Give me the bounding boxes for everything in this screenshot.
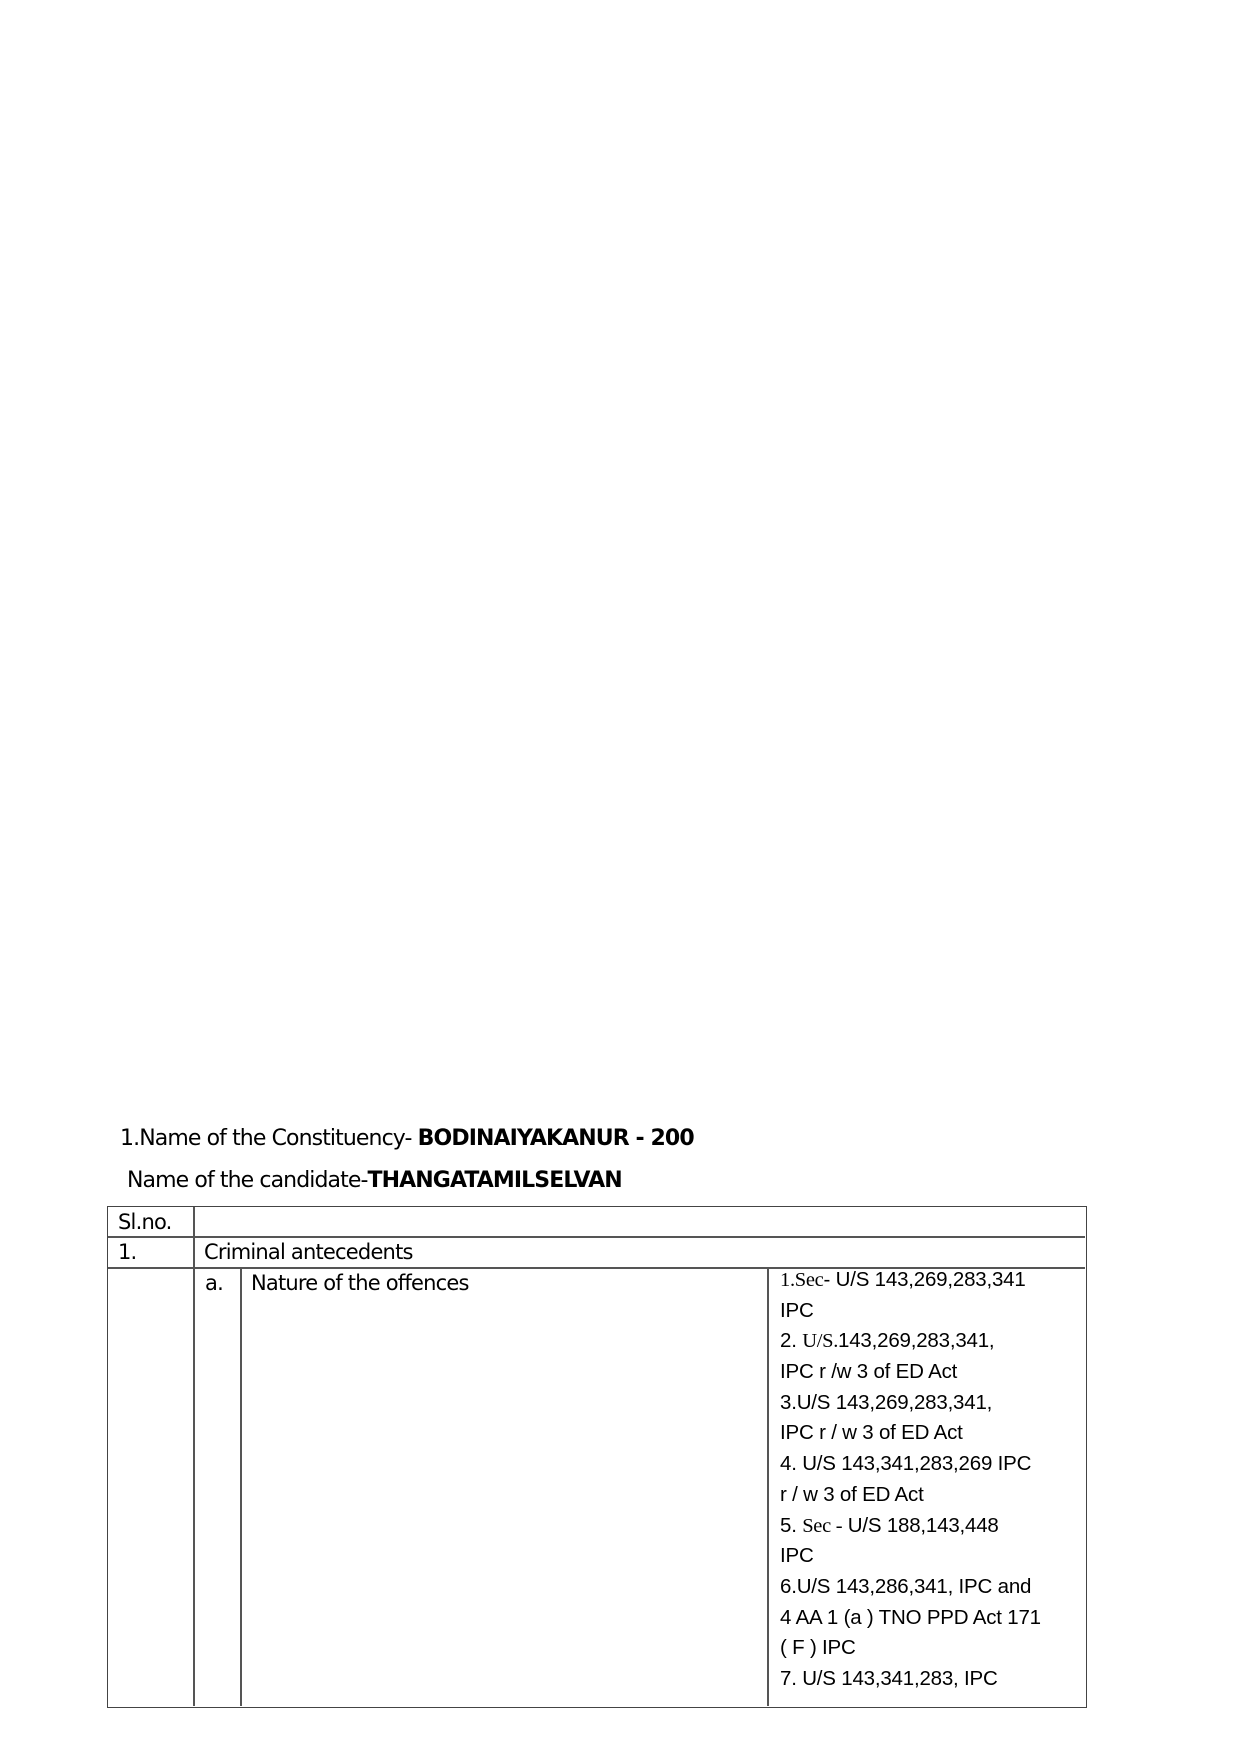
candidate-heading: Name of the candidate-THANGATAMILSELVAN [127, 1167, 622, 1195]
offence-line: 4. U/S 143,341,283,269 IPC [780, 1449, 1080, 1480]
offence-text: 6.U/S 143,286,341, IPC and [780, 1575, 1031, 1598]
offence-line: 2. U/S.143,269,283,341, [780, 1326, 1080, 1357]
section-title: Criminal antecedents [204, 1237, 413, 1267]
offence-text: IPC [780, 1544, 814, 1567]
offence-line: 7. U/S 143,341,283, IPC [780, 1664, 1080, 1695]
candidate-label: Name of the candidate- [127, 1168, 368, 1193]
column-divider [767, 1267, 769, 1706]
offence-text: 5. [780, 1514, 802, 1537]
offence-text-serif: U/S. [802, 1330, 838, 1352]
candidate-value: THANGATAMILSELVAN [368, 1168, 622, 1193]
constituency-label: 1.Name of the Constituency- [120, 1126, 418, 1151]
document-page: 1.Name of the Constituency- BODINAIYAKAN… [0, 0, 1241, 1755]
offence-text: 3.U/S 143,269,283,341, [780, 1391, 992, 1414]
criminal-antecedents-table: Sl.no. 1. Criminal antecedents a. Nature… [107, 1206, 1087, 1708]
offence-text: - U/S 143,269,283,341 [823, 1268, 1025, 1291]
constituency-value: BODINAIYAKANUR - 200 [418, 1126, 694, 1151]
column-divider [193, 1207, 195, 1706]
section-slno: 1. [118, 1237, 136, 1267]
offence-text: r / w 3 of ED Act [780, 1483, 924, 1506]
offence-line: ( F ) IPC [780, 1633, 1080, 1664]
offence-text: 4 AA 1 (a ) TNO PPD Act 171 [780, 1606, 1041, 1629]
offence-text: 4. U/S 143,341,283,269 IPC [780, 1452, 1031, 1475]
offence-text: ( F ) IPC [780, 1636, 856, 1659]
offences-list: 1.Sec- U/S 143,269,283,341IPC2. U/S.143,… [780, 1265, 1080, 1695]
offence-line: IPC [780, 1541, 1080, 1572]
offence-line: IPC r / w 3 of ED Act [780, 1418, 1080, 1449]
offence-line: IPC r /w 3 of ED Act [780, 1357, 1080, 1388]
offence-line: r / w 3 of ED Act [780, 1480, 1080, 1511]
header-slno: Sl.no. [118, 1207, 172, 1237]
offence-text: 143,269,283,341, [838, 1329, 994, 1352]
constituency-heading: 1.Name of the Constituency- BODINAIYAKAN… [120, 1125, 694, 1153]
offence-line: 6.U/S 143,286,341, IPC and [780, 1572, 1080, 1603]
offence-text: 2. [780, 1329, 802, 1352]
item-sub-index: a. [205, 1268, 223, 1298]
offence-text: 7. U/S 143,341,283, IPC [780, 1667, 998, 1690]
offence-text: IPC r /w 3 of ED Act [780, 1360, 957, 1383]
item-label: Nature of the offences [251, 1268, 469, 1298]
offence-line: 5. Sec - U/S 188,143,448 [780, 1511, 1080, 1542]
offence-line: IPC [780, 1296, 1080, 1327]
offence-line: 3.U/S 143,269,283,341, [780, 1388, 1080, 1419]
offence-text: U/S 188,143,448 [842, 1514, 998, 1537]
offence-text-serif: 1.Sec [780, 1269, 823, 1291]
offence-text: IPC r / w 3 of ED Act [780, 1421, 963, 1444]
offence-text-serif: Sec - [802, 1515, 842, 1537]
offence-line: 4 AA 1 (a ) TNO PPD Act 171 [780, 1603, 1080, 1634]
offence-text: IPC [780, 1299, 814, 1322]
column-divider [240, 1267, 242, 1706]
offence-line: 1.Sec- U/S 143,269,283,341 [780, 1265, 1080, 1296]
